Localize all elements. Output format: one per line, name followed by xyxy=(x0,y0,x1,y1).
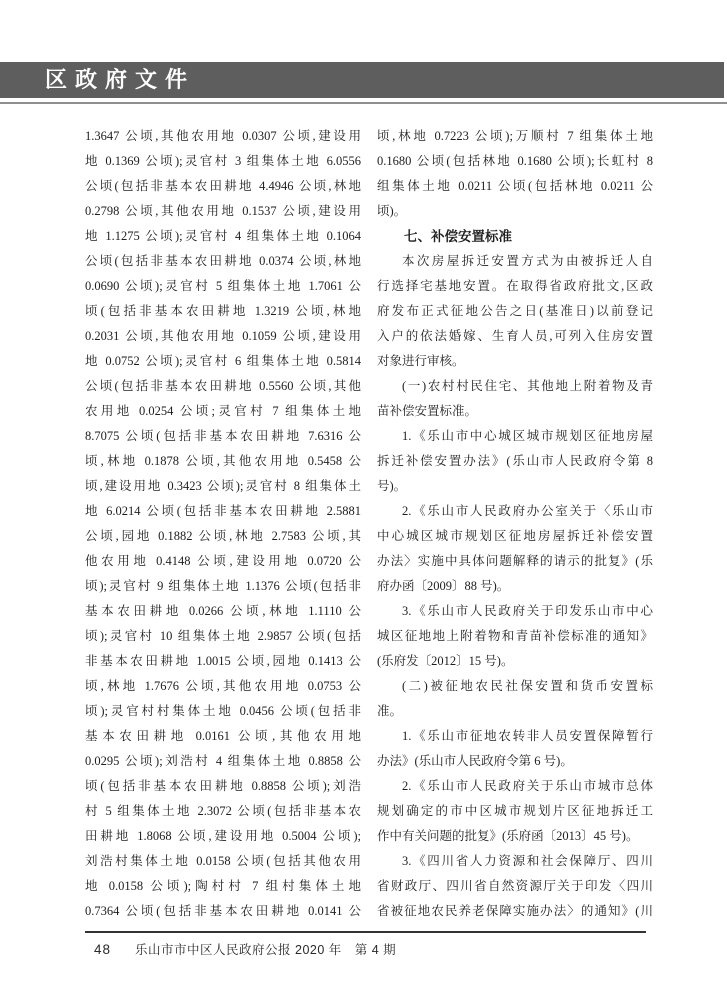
text-line: 规划确定的市中区城市规划片区征地拆迁工 xyxy=(377,799,653,824)
text-line: 苗补偿安置标准。 xyxy=(377,399,653,424)
text-line: (一)农村村民住宅、其他地上附着物及青 xyxy=(377,374,653,399)
text-line: 府发布正式征地公告之日(基准日)以前登记 xyxy=(377,299,653,324)
text-line: 公顷,园地 0.1882 公顷,林地 2.7583 公顷,其 xyxy=(85,524,361,549)
text-line: 8.7075 公顷(包括非基本农田耕地 7.6316 公 xyxy=(85,424,361,449)
text-line: 顷,林地 0.7223 公顷);万顺村 7 组集体土地 xyxy=(377,124,653,149)
text-line: 顷);灵官村村集体土地 0.0456 公顷(包括非 xyxy=(85,699,361,724)
text-line: 府办函〔2009〕88 号)。 xyxy=(377,574,653,599)
text-line: 省财政厅、四川省自然资源厅关于印发〈四川 xyxy=(377,874,653,899)
text-line: 刘浩村集体土地 0.0158 公顷(包括其他农用 xyxy=(85,849,361,874)
right-column: 顷,林地 0.7223 公顷);万顺村 7 组集体土地0.1680 公顷(包括林… xyxy=(377,124,653,924)
text-line: 0.0690 公顷);灵官村 5 组集体土地 1.7061 公 xyxy=(85,274,361,299)
section-heading: 七、补偿安置标准 xyxy=(377,224,653,249)
text-line: (二)被征地农民社保安置和货币安置标 xyxy=(377,674,653,699)
text-line: 基本农田耕地 0.0161 公顷,其他农用地 xyxy=(85,724,361,749)
text-line: 拆迁补偿安置办法》(乐山市人民政府令第 8 xyxy=(377,449,653,474)
text-line: 基本农田耕地 0.0266 公顷,林地 1.1110 公 xyxy=(85,599,361,624)
gazette-page: 区政府文件 1.3647 公顷,其他农用地 0.0307 公顷,建设用地 0.1… xyxy=(0,0,727,1000)
footer-rule xyxy=(85,931,646,933)
text-line: 顷(包括非基本农田耕地 0.8858 公顷);刘浩 xyxy=(85,774,361,799)
text-line: 3.《四川省人力资源和社会保障厅、四川 xyxy=(377,849,653,874)
left-column: 1.3647 公顷,其他农用地 0.0307 公顷,建设用地 0.1369 公顷… xyxy=(85,124,361,924)
text-line: 对象进行审核。 xyxy=(377,349,653,374)
text-line: 2.《乐山市人民政府关于乐山市城市总体 xyxy=(377,774,653,799)
text-line: 公顷(包括非基本农田耕地 4.4946 公顷,林地 xyxy=(85,174,361,199)
page-footer: 48 乐山市市中区人民政府公报 2020 年 第 4 期 xyxy=(94,940,396,958)
text-line: 顷(包括非基本农田耕地 1.3219 公顷,林地 xyxy=(85,299,361,324)
text-line: 2.《乐山市人民政府办公室关于〈乐山市 xyxy=(377,499,653,524)
text-line: 本次房屋拆迁安置方式为由被拆迁人自 xyxy=(377,249,653,274)
text-line: 农用地 0.0254 公顷;灵官村 7 组集体土地 xyxy=(85,399,361,424)
text-line: 城区征地地上附着物和青苗补偿标准的通知》 xyxy=(377,624,653,649)
text-line: 1.《乐山市中心城区城市规划区征地房屋 xyxy=(377,424,653,449)
banner-rule xyxy=(0,102,727,104)
text-line: 非基本农田耕地 1.0015 公顷,园地 0.1413 公 xyxy=(85,649,361,674)
text-line: 准。 xyxy=(377,699,653,724)
text-line: 顷,林地 1.7676 公顷,其他农用地 0.0753 公 xyxy=(85,674,361,699)
text-line: 0.1680 公顷(包括林地 0.1680 公顷);长虹村 8 xyxy=(377,149,653,174)
text-line: 组集体土地 0.0211 公顷(包括林地 0.0211 公 xyxy=(377,174,653,199)
text-line: 0.7364 公顷(包括非基本农田耕地 0.0141 公 xyxy=(85,899,361,924)
text-line: 办法〉实施中具体问题解释的请示的批复》(乐 xyxy=(377,549,653,574)
text-line: 0.2031 公顷,其他农用地 0.1059 公顷,建设用 xyxy=(85,324,361,349)
text-line: 顷,林地 0.1878 公顷,其他农用地 0.5458 公 xyxy=(85,449,361,474)
text-line: 村 5 组集体土地 2.3072 公顷(包括非基本农 xyxy=(85,799,361,824)
text-line: 公顷(包括非基本农田耕地 0.0374 公顷,林地 xyxy=(85,249,361,274)
text-line: (乐府发〔2012〕15 号)。 xyxy=(377,649,653,674)
document-body: 1.3647 公顷,其他农用地 0.0307 公顷,建设用地 0.1369 公顷… xyxy=(85,124,653,924)
text-line: 地 0.1369 公顷);灵官村 3 组集体土地 6.0556 xyxy=(85,149,361,174)
text-line: 顷);灵官村 10 组集体土地 2.9857 公顷(包括 xyxy=(85,624,361,649)
text-line: 号)。 xyxy=(377,474,653,499)
text-line: 3.《乐山市人民政府关于印发乐山市中心 xyxy=(377,599,653,624)
page-number: 48 xyxy=(94,942,111,957)
text-line: 地 1.1275 公顷);灵官村 4 组集体土地 0.1064 xyxy=(85,224,361,249)
text-line: 地 6.0214 公顷(包括非基本农田耕地 2.5881 xyxy=(85,499,361,524)
publication-title: 乐山市市中区人民政府公报 2020 年 第 4 期 xyxy=(135,940,396,958)
text-line: 公顷(包括非基本农田耕地 0.5560 公顷,其他 xyxy=(85,374,361,399)
text-line: 0.2798 公顷,其他农用地 0.1537 公顷,建设用 xyxy=(85,199,361,224)
banner-title: 区政府文件 xyxy=(0,62,195,98)
text-line: 1.《乐山市征地农转非人员安置保障暂行 xyxy=(377,724,653,749)
text-line: 顷)。 xyxy=(377,199,653,224)
text-line: 作中有关问题的批复》(乐府函〔2013〕45 号)。 xyxy=(377,824,653,849)
text-line: 行选择宅基地安置。在取得省政府批文,区政 xyxy=(377,274,653,299)
text-line: 入户的依法婚嫁、生育人员,可列入住房安置 xyxy=(377,324,653,349)
text-line: 地 0.0158 公顷);陶村村 7 组村集体土地 xyxy=(85,874,361,899)
text-line: 田耕地 1.8068 公顷,建设用地 0.5004 公顷); xyxy=(85,824,361,849)
text-line: 他农用地 0.4148 公顷,建设用地 0.0720 公 xyxy=(85,549,361,574)
text-line: 顷,建设用地 0.3423 公顷);灵官村 8 组集体土 xyxy=(85,474,361,499)
text-line: 办法》(乐山市人民政府令第 6 号)。 xyxy=(377,749,653,774)
text-line: 地 0.0752 公顷);灵官村 6 组集体土地 0.5814 xyxy=(85,349,361,374)
text-line: 0.0295 公顷);刘浩村 4 组集体土地 0.8858 公 xyxy=(85,749,361,774)
text-line: 顷);灵官村 9 组集体土地 1.1376 公顷(包括非 xyxy=(85,574,361,599)
text-line: 1.3647 公顷,其他农用地 0.0307 公顷,建设用 xyxy=(85,124,361,149)
section-banner: 区政府文件 xyxy=(0,62,724,98)
text-line: 中心城区城市规划区征地房屋拆迁补偿安置 xyxy=(377,524,653,549)
text-line: 省被征地农民养老保障实施办法〉的通知》(川 xyxy=(377,899,653,924)
